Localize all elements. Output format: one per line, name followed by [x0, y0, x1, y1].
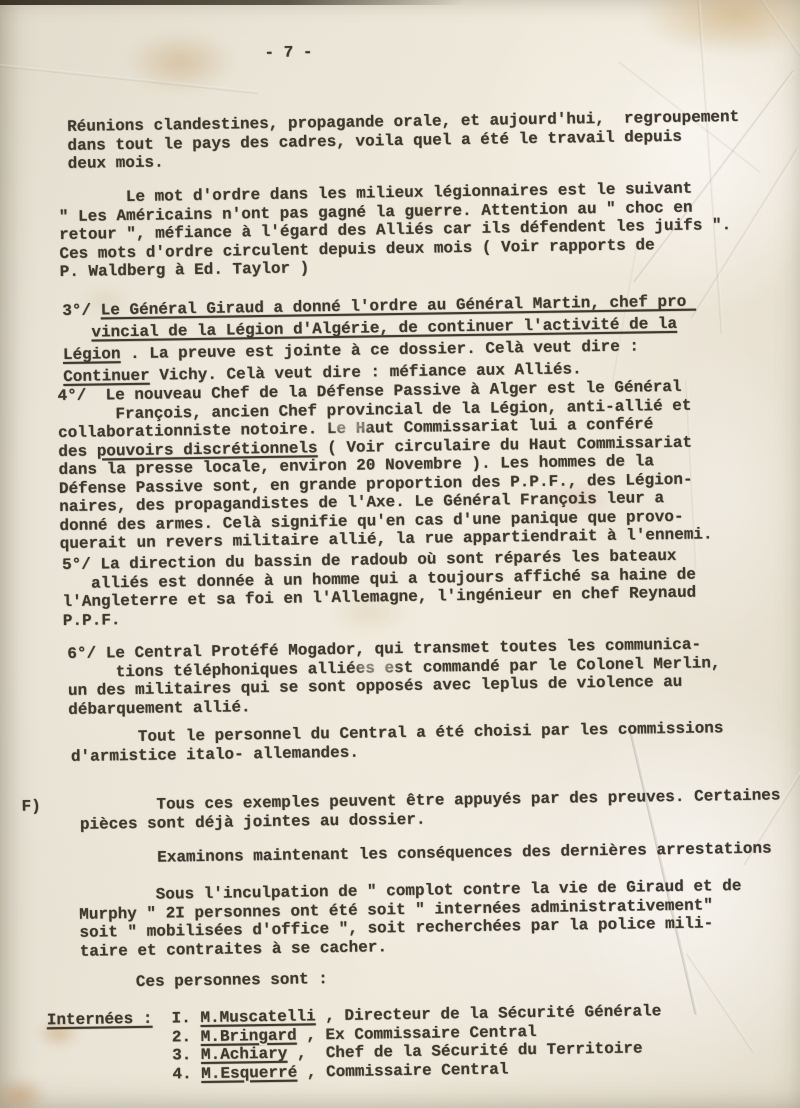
text-line: Ces personnes sont :: [78, 970, 328, 992]
text-segment: des: [58, 442, 97, 461]
text-segment: Examinons maintenant les conséquences de…: [80, 840, 772, 868]
text-segment: 3°/: [62, 301, 101, 320]
section-3: 3°/ Le Général Giraud a donné l'ordre au…: [62, 291, 697, 388]
text-segment: 3.: [47, 1046, 201, 1066]
section-4: 4°/ Le nouveau Chef de la Défense Passiv…: [57, 377, 712, 553]
text-line: Examinons maintenant les conséquences de…: [80, 840, 772, 869]
underlined-text: M.Achiary: [201, 1045, 288, 1064]
text-segment: P. Waldberg à Ed. Taylor ): [60, 259, 310, 281]
underlined-text: M.Esquerré: [201, 1063, 297, 1082]
text-segment: [62, 324, 91, 342]
text-segment: pièces sont déjà jointes au dossier.: [80, 810, 426, 833]
underlined-text: Légion: [63, 345, 121, 364]
paragraph-mot-d-ordre: Le mot d'ordre dans les milieux légionna…: [58, 179, 731, 281]
text-segment: I.: [152, 1009, 200, 1028]
text-segment: Ces personnes sont :: [78, 970, 328, 992]
paragraph-intro: Réunions clandestines, propagande orale,…: [57, 108, 739, 174]
scanned-document-page: - 7 - Réunions clandestines, propagande …: [0, 0, 800, 1108]
underlined-text: Continuer: [63, 367, 150, 386]
page-number: - 7 -: [264, 43, 312, 62]
typewritten-text-layer: - 7 - Réunions clandestines, propagande …: [0, 0, 800, 1108]
internees-list: Internées : I. M.Muscatelli , Directeur …: [47, 1002, 663, 1085]
text-segment: taire et contraites à se cacher.: [80, 938, 387, 961]
underlined-text: M.Bringard: [201, 1026, 297, 1045]
section-6: 6°/ Le Central Protéfé Mogador, qui tran…: [67, 635, 721, 719]
text-segment: débarquement allié.: [68, 698, 251, 719]
text-segment: , Commissaire Central: [297, 1060, 508, 1081]
paragraph-examinons: Examinons maintenant les conséquences de…: [80, 840, 772, 869]
underlined-text: Internées :: [47, 1010, 153, 1030]
text-segment: 2.: [47, 1028, 201, 1048]
paragraph-inculpation: Sous l'inculpation de " complot contre l…: [79, 877, 743, 961]
paragraph-f: Tous ces exemples peuvent être appuyés p…: [79, 786, 780, 833]
text-segment: 4.: [47, 1065, 201, 1085]
paragraph-central-personnel: Tout le personnel du Central a été chois…: [70, 719, 723, 766]
ink-fade-patch: [356, 660, 398, 674]
text-segment: d'armistice italo- allemandes.: [71, 743, 359, 765]
underlined-text: M.Muscatelli: [200, 1007, 315, 1027]
ink-fade-patch: [636, 736, 696, 750]
ink-fade-patch: [330, 418, 370, 434]
margin-label-f: F): [21, 797, 40, 816]
text-segment: deux mois.: [58, 153, 164, 173]
section-5: 5°/ La direction du bassin de radoub où …: [62, 547, 697, 630]
line-ces-personnes: Ces personnes sont :: [78, 970, 328, 992]
text-segment: P.P.F.: [63, 611, 121, 630]
